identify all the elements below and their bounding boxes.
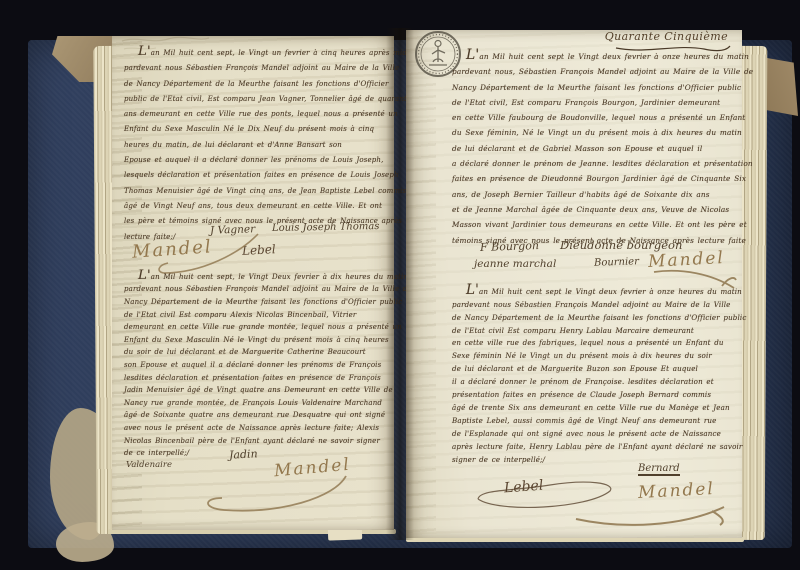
manuscript-line: Baptiste Lebel, aussi commis âgé de Ving… — [452, 415, 732, 428]
manuscript-line: de lui déclarant et de Gabriel Masson so… — [452, 141, 732, 156]
signature-block: J Vagner Louis Joseph Thomas Mandel Lebe… — [124, 245, 384, 270]
manuscript-line: signer de ce interpellé;/ — [452, 454, 732, 467]
signature-jadin: Jadin — [229, 447, 258, 461]
manuscript-line: présentation faites en présence de Claud… — [452, 389, 732, 402]
manuscript-line: de l'Etat civil, Est comparu François Bo… — [452, 95, 732, 110]
pen-flourish-icon — [184, 472, 354, 518]
manuscript-line: âgé de Soixante quatre ans demeurant rue… — [124, 409, 384, 422]
manuscript-line: Sexe féminin Né le Vingt un du présent m… — [452, 350, 732, 363]
signature-lebel: Lebel — [242, 242, 276, 258]
pen-flourish-icon — [470, 473, 620, 515]
signature-f-bourgon: F Bourgon — [480, 239, 539, 254]
manuscript-line: heures du matin, de lui déclarant et d'A… — [124, 138, 384, 153]
manuscript-line: et de Jeanne Marchal âgée de Cinquante d… — [452, 202, 732, 217]
book-scan: L'an Mil huit cent sept, le Vingt un fev… — [0, 0, 800, 570]
manuscript-line: public de l'Etat civil, Est comparu Jean… — [124, 92, 384, 107]
manuscript-line: du Sexe féminin, Né le Vingt un du prése… — [452, 125, 732, 140]
manuscript-line: ans, de Joseph Bernier Tailleur d'habits… — [452, 187, 732, 202]
signature-mandel: Mandel — [131, 236, 213, 263]
manuscript-line: L'an Mil huit cent sept le Vingt deux fe… — [452, 284, 732, 299]
manuscript-line: Masson vivant Jardinier tous demeurans e… — [452, 217, 732, 232]
manuscript-line: en cette ville rue des fabriques, lequel… — [452, 337, 732, 350]
manuscript-line: du soir de lui déclarant et de Marguerit… — [124, 346, 384, 359]
manuscript-line: Epouse et auquel il a déclaré donner les… — [124, 153, 384, 168]
manuscript-line: Nancy Département de la Meurthe faisant … — [124, 296, 384, 309]
manuscript-line: L'an Mil huit cent sept le Vingt deux fe… — [452, 48, 732, 64]
manuscript-line: L'an Mil huit cent sept, le Vingt un fev… — [124, 44, 384, 61]
manuscript-line: lesdites déclaration et présentation fai… — [124, 372, 384, 385]
manuscript-line: Enfant du Sexe Masculin Né le Vingt du p… — [124, 334, 384, 347]
signature-bernard: Bernard — [638, 463, 680, 476]
birth-record-entry-vagner: L'an Mil huit cent sept, le Vingt un fev… — [124, 44, 384, 270]
signature-mandel: Mandel — [638, 479, 716, 503]
manuscript-text: L'an Mil huit cent sept le Vingt deux fe… — [452, 48, 732, 248]
manuscript-line: pardevant nous Sébastien François Mandel… — [124, 61, 384, 76]
signature-block: Valdenaire Jadin Mandel — [124, 460, 384, 520]
manuscript-line: Thomas Menuisier âgé de Vingt cinq ans, … — [124, 184, 384, 199]
birth-record-entry-bincenbail: L'an Mil huit cent sept, le Vingt Deux f… — [124, 270, 384, 520]
signature-mandel: Mandel — [648, 248, 726, 272]
manuscript-line: avec nous le présent acte de Naissance a… — [124, 422, 384, 435]
signature-lebel: Lebel — [503, 477, 543, 496]
manuscript-line: âgé de Vingt Neuf ans, tous deux demeura… — [124, 199, 384, 214]
manuscript-line: pardevant nous, Sébastien François Mande… — [452, 64, 732, 79]
manuscript-line: lesquels déclaration et présentation fai… — [124, 168, 384, 183]
manuscript-line: son Epouse et auquel il a déclaré donner… — [124, 359, 384, 372]
manuscript-line: a déclaré donner le prénom de Jeanne. le… — [452, 156, 732, 171]
signature-vagner: J Vagner — [210, 223, 256, 237]
manuscript-line: il a déclaré donner le prénom de Françoi… — [452, 376, 732, 389]
manuscript-line: Enfant du Sexe Masculin Né le Dix Neuf d… — [124, 122, 384, 137]
pen-flourish-icon — [572, 501, 732, 531]
manuscript-line: Nancy rue grande montée, de François Lou… — [124, 397, 384, 410]
signature-bournier: Bournier — [594, 256, 639, 269]
signature-dieudonne-bourgon: Dieudonné bourgeon — [560, 238, 682, 252]
manuscript-line: Nicolas Bincenbail père de l'Enfant ayan… — [124, 435, 384, 448]
birth-record-entry-lablau: L'an Mil huit cent sept le Vingt deux fe… — [452, 284, 732, 537]
signature-block: Bernard Lebel Mandel — [452, 467, 732, 537]
manuscript-line: en cette Ville faubourg de Boudonville, … — [452, 110, 732, 125]
manuscript-line: ans demeurant en cette Ville rue des pon… — [124, 107, 384, 122]
left-page: L'an Mil huit cent sept, le Vingt un fev… — [112, 36, 394, 530]
birth-record-entry-bourgon: L'an Mil huit cent sept le Vingt deux fe… — [452, 48, 732, 284]
manuscript-line: Nancy Département de la Meurthe faisant … — [452, 80, 732, 95]
signature-valdenaire: Valdenaire — [126, 460, 172, 470]
manuscript-line: faites en présence de Dieudonné Bourgon … — [452, 171, 732, 186]
manuscript-line: de l'Esplanade qui ont signé avec nous l… — [452, 428, 732, 441]
manuscript-line: L'an Mil huit cent sept, le Vingt Deux f… — [124, 270, 384, 284]
signature-thomas: Louis Joseph Thomas — [272, 221, 380, 234]
manuscript-line: de lui déclarant et de Marguerite Buzon … — [452, 363, 732, 376]
manuscript-line: âgé de trente Six ans demeurant en cette… — [452, 402, 732, 415]
signature-block: F Bourgon Dieudonné bourgeon jeanne marc… — [452, 248, 732, 284]
right-page: Quarante Cinquième L'an Mil huit cent se… — [406, 30, 742, 538]
manuscript-text: L'an Mil huit cent sept le Vingt deux fe… — [452, 284, 732, 467]
manuscript-text: L'an Mil huit cent sept, le Vingt Deux f… — [124, 270, 384, 460]
manuscript-line: de l'Etat civil Est comparu Alexis Nicol… — [124, 309, 384, 322]
manuscript-line: après lecture faite, Henry Lablau père d… — [452, 441, 732, 454]
manuscript-line: de l'Etat civil Est comparu Henry Lablau… — [452, 325, 732, 338]
signature-jeanne-marchal: jeanne marchal — [474, 258, 556, 270]
manuscript-line: de Nancy Département de la Meurthe faisa… — [452, 312, 732, 325]
manuscript-line: pardevant nous Sébastien François Mandel… — [124, 283, 384, 296]
manuscript-line: demeurant en cette Ville rue grande mont… — [124, 321, 384, 334]
manuscript-text: L'an Mil huit cent sept, le Vingt un fev… — [124, 44, 384, 245]
manuscript-line: Jadin Menuisier âgé de Vingt quatre ans … — [124, 384, 384, 397]
manuscript-line: pardevant nous Sébastien François Mandel… — [452, 299, 732, 312]
manuscript-line: de Nancy Département de la Meurthe faisa… — [124, 77, 384, 92]
